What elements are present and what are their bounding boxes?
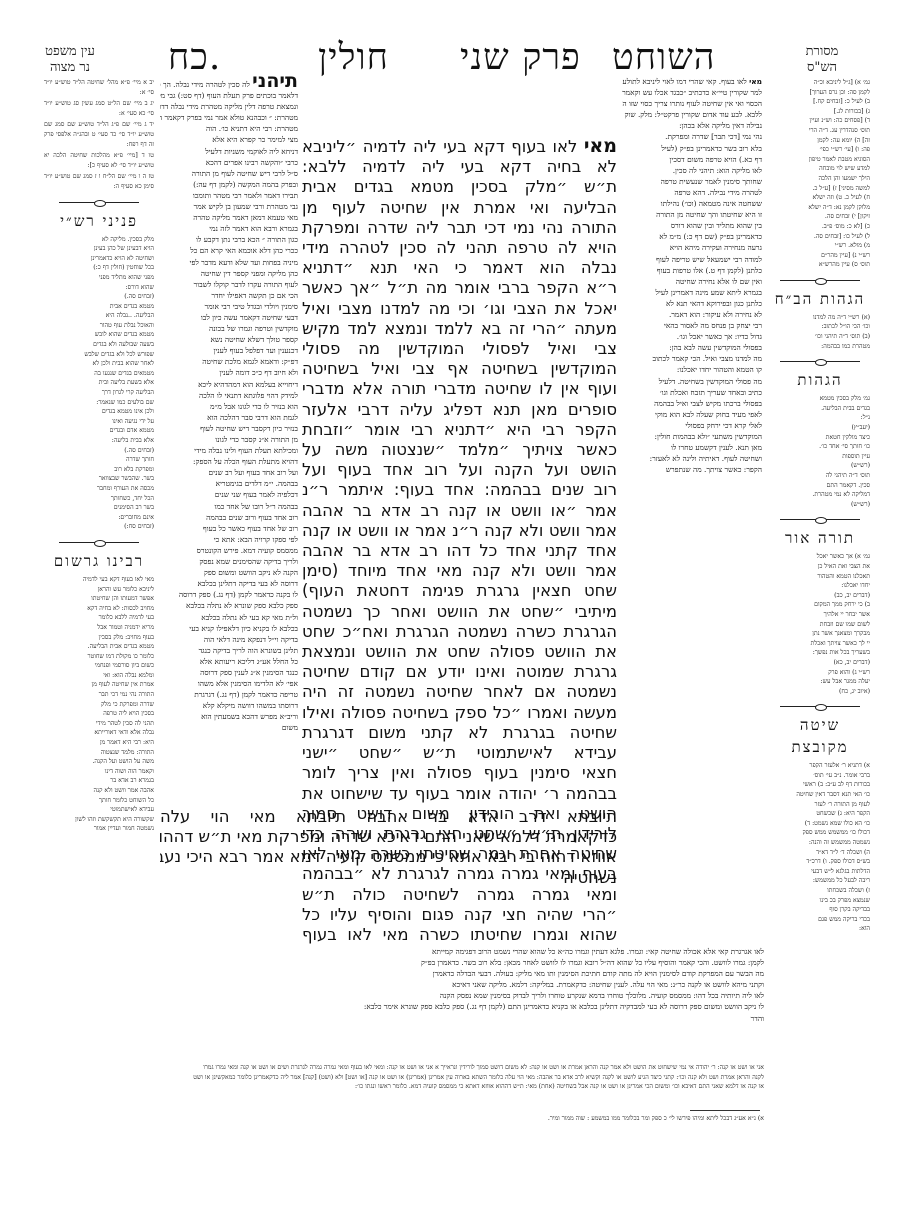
footnote: א) נ״א אע״ג דבכל ליתא ומיהו פירשו לי׳ כ … (300, 1114, 764, 1128)
hagahot-line: (רש״ש) (770, 461, 870, 471)
pninei-rashi-line: (זבחים סה.) (44, 292, 154, 302)
tosafot-line: ככרי כהן דלא אוכמא האי קרא הם כל (160, 245, 298, 256)
rabbeinu-gershom-line: בעוף מחויב: מלק בסכין (44, 633, 154, 643)
gemara-line: כאשר צויתיך ״מלמד ״שנצטוה משה על (302, 440, 617, 460)
gemara-line: ועוף אין לו שחיטה מדברי תורה אלא מדברי (302, 379, 617, 399)
shita-line: בכדי בריקה ממש פגם (770, 915, 870, 925)
ein-mishpat-entry: טז ה ו מיי׳ שם הל״ח ו ז סמג שם טוש״ע יו״… (44, 172, 154, 191)
tosafot-line: תלינן בשונרא הוה לריך בדיקה כנגד (160, 645, 298, 656)
hagahot-title: הגהות (770, 369, 870, 391)
rashi-line: למר שקורין טיי״א כדכתיב ״כבגד אכלו עש וק… (622, 87, 762, 98)
tosafot-line: מן התורה א״נ קסבר כדי לגונו (160, 434, 298, 445)
tosafot-line: מאי טעמא דמאן דאמר מליקה טהרה (160, 212, 298, 223)
masoret-line: ד) [פסחים כה: וש״נ ועיין (770, 116, 870, 126)
masoret-line: הסוגיא מטבת לאמר טיפון (770, 155, 870, 165)
pninei-rashi-line: בשעה שבולעה ולא בגדים (44, 340, 154, 350)
pninei-rashi-line: לאחר שהוא בבית ולכן לא (44, 359, 154, 369)
gemara-line: סופרים מאן תנא דפליג עליה דרבי אלעזר (302, 400, 617, 420)
tosafot-line: דכלפיה לאמר בעוף שני שנים (160, 489, 298, 500)
rashi-line: גדול כדיו: אך כאשר יאכל וגו׳. (622, 331, 762, 342)
rashi-line: בפסולי המוקדשין עשה לבא בהן: (622, 342, 762, 353)
masoret-line: הילך ישמעו והן הלכה (770, 174, 870, 184)
tosafot-line: וריב״א מפרש דהכא בשמעתין הוא (160, 711, 298, 722)
tractate-name: חולין (318, 36, 389, 78)
rabbeinu-gershom-line: מריא ידמניה וטמור אבל (44, 623, 154, 633)
ornament-divider-icon (780, 704, 860, 710)
shita-line: הוא: (770, 924, 870, 934)
shita-line: ז) ושכלה בשכחתו (770, 886, 870, 896)
pninei-rashi-line: שם בולעים כמו שנאמר: (44, 398, 154, 408)
rabbeinu-gershom-line: מחויב לכסות: לא בחיה דקא (44, 604, 154, 614)
shita-line: ברבי אומר. נ״ב עי׳ תוס׳ (770, 771, 870, 781)
rabbeinu-gershom-line: נבלה אלא ודאי דאורייתא (44, 728, 154, 738)
tosafot-line: בבהמה. י״מ דלדים בגימטריא (160, 478, 298, 489)
rabbeinu-gershom-line: ליניבא כלומר עש והראן (44, 585, 154, 595)
torah-or-line: רש״י ג) והוא פרק (770, 668, 870, 678)
rashi-commentary: מאי לאו בעוף. קאי שהרי דמו לאוי ליניבא ל… (622, 76, 762, 936)
hagahot-line: כיצד מולקין חטאת (770, 433, 870, 443)
rashi-line: הכסוי ואי אין שחיטה לעוף נותרו צריך כסוי… (622, 98, 762, 109)
rabbeinu-gershom-line: כלומר כו מקולת דמו שחוטר (44, 652, 154, 662)
lead-word: תיהני (252, 76, 298, 90)
masoret-line: למשה מסיני] ז) [ע״ל כ. (770, 184, 870, 194)
tosafot-line: לו בקנה כדאמר לקמן (דף נג.) ספק דרוסה (160, 589, 298, 600)
rashi-bottom-line: והדר (176, 1013, 764, 1024)
bottom-note-line: לקנה והראן אמרת ושט ולא קנה וכו׳: קתני כ… (44, 1073, 764, 1083)
tosafot-line: משום (160, 722, 298, 733)
pninei-rashi-line: בשר רב הסימנים (44, 503, 154, 513)
tosafot-line: ספק כלבא ספק שונרא לא נתלה בכלבא (160, 600, 298, 611)
rashi-line: מה פסולי המוקדשין בשחיטה. דלעיל (622, 376, 762, 387)
masoret-line: מ) מולא. רש״י (770, 241, 870, 251)
gemara-line: עבידא לאישתמוטי ת״ש ״שחט ״ישני (302, 743, 617, 763)
gemara-line: הקפר רבי היא ״דתניא רבי אומר ״וזבחת (302, 420, 617, 440)
masoret-line: למדע שיש לוי מובחה (770, 164, 870, 174)
tosafot-line: ול״ת מאי קא בעי לא נתלה בכלבא (160, 612, 298, 623)
tosafot-line: דפ״ק: ודאמא לגמא מלכת שחיטה (160, 356, 298, 367)
gemara-line: מאי לאו בעוף דקא בעי ליה לדמיה ״ליניבא (302, 136, 617, 157)
rabbeinu-gershom-line: אפשר דמעותו והן שחיטתו (44, 594, 154, 604)
rabbeinu-gershom-line: תהני לה סכין לטהר מידי (44, 719, 154, 729)
tosafot-line: כהן מליקה ומפני קספר דין שחיטה (160, 268, 298, 279)
torah-or-line: (איוב יג, כח) (770, 687, 870, 697)
rashi-line: לטהרה מידי נבילה. דהא טרפה (622, 187, 762, 198)
bottom-notes: אני או ושט או קנה: ר׳ יהודה אי נמי שישחו… (44, 1063, 764, 1103)
pninei-rashi-line: מטמא בגדים שהוא לובש (44, 330, 154, 340)
gemara-line: התורה נהי נמי דכי תבר ליה שדרה ומפרקת (302, 218, 617, 238)
masoret-line: גמ׳ א) [ג״ל ליניבא וכ״ה (770, 78, 870, 88)
gemara-line: ת״ש ״מלק בסכין מטמא בגדים אבית (302, 177, 617, 197)
tosafot-line: ממסמס קועיה דמא. פירש הקונטרס (160, 545, 298, 556)
masoret-line: תוס׳ סנהדרין עג. ד״ה הרי (770, 126, 870, 136)
gemara-line: הגרגרת כשרה נשמטה הגרגרת ואח״כ שחט (302, 622, 617, 642)
torah-or-line: יחדו יאכלנו: (770, 581, 870, 591)
hagahot-line: סכין. דקאמר התם (770, 481, 870, 491)
pninei-rashi-line: בשר. שהבשר שבצוואר (44, 474, 154, 484)
pninei-rashi-line: הבליעה. ..נבלה היא (44, 311, 154, 321)
hagahot-line: עיין תוספות (770, 452, 870, 462)
shita-line: ריבה לבעל כל ממשמש: (770, 876, 870, 886)
tosafot-line: קספר טולך דשלא שחיטה נשא (160, 334, 298, 345)
hagahot-notes: גמ׳ מלק בסכין מטמאבגדים בבית הבליעה.נ״ל:… (770, 394, 870, 509)
pninei-rashi-line: מטמאים בגדים שנגעו בה (44, 369, 154, 379)
rabbeinu-gershom-line: כל השוחט כלומר חותך (44, 796, 154, 806)
shita-line: שנמצא מפרק בכ בינו (770, 896, 870, 906)
shita-line: לעוף מן התורה ר׳ לעזר (770, 800, 870, 810)
gemara-line: צבי ואיל לפסולי המוקדשין מה פסולי (302, 339, 617, 359)
gemara-line: נבלה הוא דאמר כי האי תנא ״דתניא (302, 258, 617, 278)
gemara-line: נשמטה אם לאחר שחיטה נשמטה זה היה (302, 682, 617, 702)
masoret-line: ח) לעיל כ. ט) וזה ישלא (770, 193, 870, 203)
rabbeinu-gershom-line: עבידא לאישתמוטי (44, 805, 154, 815)
hagahot-line: נ״ל: (770, 413, 870, 423)
hagahot-line: (רש״ש) (770, 500, 870, 510)
rabbeinu-gershom-line: בסכין הויא ליה טרפה (44, 709, 154, 719)
tosafot-line: הוא בנזיר לו כדי לגונו אבל מ״מ (160, 401, 298, 412)
chapter-name: השוחט (612, 36, 715, 78)
footnote-rule (690, 1110, 760, 1111)
rashi-line: ששחטה אינה מטמאה (וכו׳) נהילתו (622, 198, 762, 209)
rashi-line: בגמרא ליתא שמע מינה דאמרינן לעיל (622, 287, 762, 298)
rashi-line: שחותך סימנין לאמר שנעשית טרפה (622, 176, 762, 187)
hagahot-habach-line: מטהרת כמו בבהמה: (770, 342, 870, 352)
tosafot-line: בבהמה ר״ל רובו של אחד כמו (160, 501, 298, 512)
pninei-rashi-line: ושחיטה לא הויא כדאמרינן (44, 254, 154, 264)
tosafot-line: הכי אם כן תקשה דאפילו יחדר (160, 290, 298, 301)
ein-mishpat-entry: יג ב מיי׳ שם הל״ט סמג עשין סג טוש״ע יו״ד… (44, 99, 154, 118)
bottom-note-line: אני או ושט או קנה: ר׳ יהודה אי נמי שישחו… (44, 1063, 764, 1073)
shita-mekubetzet-notes: א) דתניא ר׳ אלעזר הקפרברבי אומר. נ״ב עי׳… (770, 761, 870, 934)
masoret-line: זיקון] י) זבחים סה. (770, 212, 870, 222)
torah-or-line: גמ׳ א) אך כאשר יאכל (770, 552, 870, 562)
gemara-line: את הוושט פסולה שחט את הוושט ונמצאת (302, 642, 617, 662)
rashi-bottom-commentary: לאו אגרגרת קאי אלא אכולה שחיטה קאי: וגמר… (176, 946, 764, 1046)
tosafot-line: גבי מטהרת ורבי שמעון בן לקיש אמר (160, 201, 298, 212)
rashi-line: למודה רבי ישמעאל שיש טריפה לעוף (622, 254, 762, 265)
rashi-line: המוקדשין משתעי ״ולא בבהמות חולין: (622, 431, 762, 442)
pninei-rashi-line: חותך שדרה (44, 455, 154, 465)
rashi-line: מאי לאו בעוף. קאי שהרי דמו לאוי ליניבא ל… (622, 76, 762, 87)
rashi-line: מאן תנא. לענין דקשמע טחרו לו (622, 442, 762, 453)
pninei-rashi-line: שהוא דורס: (44, 283, 154, 293)
gemara-line: הבליעה ואי אמרת אין שחיטה לעוף מן (302, 198, 617, 218)
shita-line: הדלתות בגלגא ל״ש דבעי (770, 867, 870, 877)
tosafot-line: מטהרת: רבי היא דתניא כו׳. הוה (160, 123, 298, 134)
shita-line: הקפר היא: ג) שכשחט (770, 809, 870, 819)
hagahot-habach-notes: (א) רש״י ד״ה מה למדנווכו׳ הכי הו״ל לכתוב… (770, 313, 870, 351)
shita-line: דכולו כו׳ ממשמש ממש ספק (770, 828, 870, 838)
rashi-line: דף כא.) הויא טרפה משום דסכין (622, 154, 762, 165)
torah-or-line: (דברים יב, כב) (770, 591, 870, 601)
ornament-divider-icon (780, 278, 860, 284)
heading-line: עין משפט (40, 44, 100, 60)
gemara-line: ר״א הקפר ברבי אומר מה ת״ל ״אך כאשר (302, 278, 617, 298)
gemara-line: אמר וושט ולא קנה ר״נ אמר או וושט או קנה (302, 521, 617, 541)
lead-word: מאי (749, 77, 762, 86)
rashi-bottom-line: מה הבשר עם המפרקת קודם לסימנין הויא לה מ… (176, 968, 764, 979)
ornament-divider-icon (59, 540, 139, 546)
torah-or-line: יי לך כאשר צויתך ואכלת (770, 639, 870, 649)
rashi-bottom-line: וקתני מיהא לוושט או לקנה כר״נ: מאי הוי ע… (176, 979, 764, 990)
rashi-line: בין שהוא מתליד ובין שהוא דורס (622, 220, 762, 231)
tosafot-line: דרוסתו במשהו דוושה מיקלא קלא (160, 700, 298, 711)
tosafot-line: בגמרא ורבא הוא דאמר לזה נמי (160, 223, 298, 234)
tosafot-line: כרבי ״והקשה רבינו אפרים דהכא (160, 157, 298, 168)
tosafot-line: לפי ספקו קרויה הבא: אתא כי (160, 534, 298, 545)
shita-line: ה) ושכלה ד׳ ל״ד דא״ד (770, 848, 870, 858)
masoret-line: כ) [לא כ: מוס׳ פ״ב. (770, 222, 870, 232)
tosafot-line: הקנה לא ניקב הוושט ומשום ספק (160, 567, 298, 578)
gemara-line: רוב שנים בבהמה: אחד בעוף: איתמר ר״נ (302, 480, 617, 500)
gemara-wide-line: נשחטיה (160, 868, 617, 888)
gemara-line: אמר וושט ולא קנה מאי אחד מיוחד (סימן (302, 561, 617, 581)
rashi-line: בפסולי ברכתו מקיש לצבי ואיל בבהמה (622, 398, 762, 409)
pninei-rashi-line: מטמא אדם ובגדים (44, 426, 154, 436)
tosafot-line: רוב של אחד בעוף כאשר כל בעוף (160, 523, 298, 534)
tosafot-line: דניחא ליה לאוקמי משניות דלעיל (160, 146, 298, 157)
rabbeinu-gershom-line: אמרת אין שחיטה לעוף מן (44, 680, 154, 690)
torah-or-line: תאכלנו הטמא והטהור (770, 572, 870, 582)
rashi-line: ואין שם לו אלא נחירה שחיטה (622, 276, 762, 287)
pninei-rashi-notes: מלק בסכין. מליקה לאהויא דבעינן של כהן בע… (44, 235, 154, 532)
pninei-rashi-line: שפורש לכל ולא בגדים שלבש (44, 350, 154, 360)
masoret-hashas-notes: גמ׳ א) [ג״ל ליניבא וכ״הלקמן סה: וכן גרס … (770, 78, 870, 270)
masoret-hashas-heading: מסורת הש"ס (788, 44, 856, 76)
gemara-line: מיתיבי ״שחט את הוושט ואחר כך נשמטה (302, 602, 617, 622)
hagahot-habach-title: הגהות הב״ח (770, 288, 870, 310)
rashi-line: לאו מליקה הוא: תיהני לה סכין. (622, 165, 762, 176)
rabbeinu-gershom-line: מאי לאו בעוף דקא בעי לדמיה (44, 575, 154, 585)
gemara-line: המוקדשין בשחיטה אף צבי ואיל בשחיטה (302, 359, 617, 379)
tosafot-line: בכלבא לו בקניא כיון דלאפילו קניא בעי (160, 623, 298, 634)
torah-or-notes: גמ׳ א) אך כאשר יאכלאת הצבי ואת האיל כןתא… (770, 552, 870, 696)
hagahot-habach-line: (א) רש״י ד״ה מה למדנו (770, 313, 870, 323)
gemara-line: אחד קתני אחד כל דהו רב אדא בר אהבה (302, 541, 617, 561)
rabbeinu-gershom-line: וקאמר הוה ושוה דינו (44, 767, 154, 777)
rashi-line: הקפר: כאשר צויתך. מה שנתפרש (622, 464, 762, 475)
rabbeinu-gershom-line: בגמרא רב אדא בר (44, 776, 154, 786)
heading-line: נר מצוה (40, 60, 100, 76)
rashi-bottom-line: לאו ליה תיותיה בכל דהו: ממסמס קועיה. מלו… (176, 990, 764, 1001)
right-margin-column: גמ׳ א) [ג״ל ליניבא וכ״הלקמן סה: וכן גרס … (770, 78, 870, 1038)
shita-line: כו׳ האי תנא דסבר דאין שחיטה (770, 790, 870, 800)
hagahot-line: דמליקה לא נמי מטהרת. (770, 490, 870, 500)
torah-or-line: יעלה ממגר אבל עש: (770, 677, 870, 687)
gemara-line: גרגרת שמוטה ואינו יודע אם קודם שחיטה (302, 662, 617, 682)
heading-line: הש"ס (788, 60, 856, 76)
rabbeinu-gershom-title: רבינו גרשום (44, 550, 154, 572)
heading-line: מסורת (788, 44, 856, 60)
gemara-line: הושט ועל הקנה ועל רוב אחד בעוף ועל (302, 460, 617, 480)
tosafot-line: מיניה בפחות ועד שלא ודעא מדבר לפי (160, 257, 298, 268)
tosafot-line: תיהני לה סכין לטהרה מידי נבלה. הך פירכא … (160, 76, 298, 90)
shita-line: בש״ס דכולו ספק. ו) דרכ״ד (770, 857, 870, 867)
masoret-line: ג) [בכורות לג.] (770, 107, 870, 117)
tosafot-line: ולא חיוב דף כ״כ דומה לענין (160, 367, 298, 378)
rashi-line: מה למדנו מצבי ואיל. הכי קאמר לכתוב (622, 353, 762, 364)
pninei-rashi-line: אלא בבית בליעה: (44, 436, 154, 446)
masoret-line: רש״י נ) [עיין מהר״ם (770, 251, 870, 261)
tosafot-line: למידק דהוי פלוגתא דתנאי לו הלכה (160, 390, 298, 401)
rashi-bottom-line: לו ניקב הוושט ומשום ספק דרוסה לא בעי למב… (176, 1001, 764, 1012)
rabbeinu-gershom-line: התורה נהי נמי דכי תבר (44, 690, 154, 700)
rashi-line: קו הטמא והטהור יחדו יאכלנו: (622, 364, 762, 375)
rashi-line: לאפי מעיד בחוק שעלה לבא הוא מוקי (622, 409, 762, 420)
pninei-rashi-line: בכל שוחטין (חולין דף כ:) (44, 263, 154, 273)
gemara-wide-line: כדקאמרת דלמא שאני התם דאיכא שדרה ומפרקת … (160, 827, 617, 847)
gemara-line: בבהמה ר׳ יהודה אומר בעוף עד שישחוט את (302, 784, 617, 804)
tosafot-line: דכנענין ועד דפלפל בעוף לענין (160, 345, 298, 356)
tosafot-line: רוב אחד בעוף ורוב שנים בבהמה (160, 512, 298, 523)
shita-line: כו׳ הא כולו שמא נשמט: ד) (770, 819, 870, 829)
rashi-line: ושחיטה לעוף. דאיתיה ולינה לא לאעזר: (622, 453, 762, 464)
hagahot-line: כו׳ חותך סי׳ אחד כו׳. (770, 442, 870, 452)
gemara-line: שחט חצאין גרגרת פגימה דחטאת העוף) (302, 581, 617, 601)
masoret-line: ל) לעיל כו: [זבחים סה. (770, 232, 870, 242)
daf-number: כח. (168, 36, 221, 78)
left-margin-column: יב א מיי׳ פ״א מהל׳ שחיטה הל״ד טוש״ע יו״ד… (44, 78, 154, 1048)
shita-line: בכורות דף לב ע״ב: ב) ראשי (770, 780, 870, 790)
rashi-line: נבילה דאין מליקה אלא בכהן: (622, 120, 762, 131)
ein-mishpat-heading: עין משפט נר מצוה (40, 44, 100, 76)
torah-or-line: אשר יבחר יי אלהיך (770, 610, 870, 620)
tosafot-line: כל החלל אע״ג דליכא ריעותא אלא (160, 656, 298, 667)
rashi-line: נהי נמי [דכי תבר] שדרה ומפרקת. (622, 131, 762, 142)
lead-word: מאי (584, 136, 617, 157)
pninei-rashi-line: על ידי נגיעה ואינו (44, 417, 154, 427)
hagahot-line: גמ׳ מלק בסכין מטמא (770, 394, 870, 404)
ornament-divider-icon (780, 517, 860, 523)
rabbeinu-gershom-line: שקשורה היא תקשקשת וזהו לשון (44, 815, 154, 825)
ein-mishpat-entry: יב א מיי׳ פ״א מהל׳ שחיטה הל״ד טוש״ע יו״ד… (44, 78, 154, 97)
tosafot-line: לגמת הוא דרבי סבר דהלכה הוא (160, 412, 298, 423)
rabbeinu-gershom-line: בעי לדמיה ללבא כלומר (44, 613, 154, 623)
shita-mekubetzet-title: שיטה מקובצת (770, 714, 870, 758)
rashi-line: זו היא שחיטתו והך שחיטה מן התורה (622, 209, 762, 220)
ornament-divider-icon (59, 200, 139, 206)
pninei-rashi-line: (זבחים סה.) (44, 446, 154, 456)
rashi-line: כדאמרינן בפ״ק (שם דף כ:) מ״מ לא (622, 231, 762, 242)
masoret-line: ב) לעיל כ: [זבחים קח.] (770, 97, 870, 107)
rashi-line: בלא רוב בשר כדאמרינן בפ״ק (לעיל (622, 143, 762, 154)
gemara-line: ״הרי שהיה חצי קנה פגום והוסיף עליו כל (302, 905, 617, 925)
shita-line: נשמטה ממשמש זה והנה: (770, 838, 870, 848)
tosafot-line: ומכילתא תעלת העוף ולינו נבלה מידי (160, 445, 298, 456)
ornament-divider-icon (780, 359, 860, 365)
rashi-line: כלתנן כגון ובפירוקא דהאי תנא לא (622, 298, 762, 309)
pninei-rashi-line: אינם מחוברים: (44, 513, 154, 523)
perek-label: פרק שני (460, 36, 581, 78)
pninei-rashi-line: והאוכל נבלת עוף טהור (44, 321, 154, 331)
gemara-line: לא בחיה דקא בעי ליה לדמיה ללבא: (302, 157, 617, 177)
rashi-line: ללבא. לבע עוד אדום שקורין פרקט״ל: מלק. ש… (622, 109, 762, 120)
masoret-line: זה] ה) יומא עה: לקמן (770, 136, 870, 146)
gemara-line: מעשה ואמרו ״כל ספק בשחיטה פסולה ואילו (302, 703, 617, 723)
torah-or-line: ב) כי ירחק ממך המקום (770, 600, 870, 610)
bottom-note-line: או קנה או דלמא שאני התם דאיבא וכו׳ ומשום… (44, 1082, 764, 1092)
tosafot-line: תבירו דאמר ולאמר רבי מטהר ותומכו (160, 190, 298, 201)
hagahot-habach-line: וכו׳ הכי הו״ל לכתוב: (770, 322, 870, 332)
tosafot-line: לעוף התורה עקרו לדבר קוקלו לשבור (160, 279, 298, 290)
masoret-line: מלוקן לקמן נא: ד״ה ישלא (770, 203, 870, 213)
pninei-rashi-line: הויא דבעינן של כהן בעינן (44, 244, 154, 254)
gemara-line: אמר ״או וושט או קנה רב אדא בר אהבה (302, 501, 617, 521)
masoret-line: פה: ו) [עי׳ רש״י כפי׳ (770, 145, 870, 155)
hagahot-line: (יעב״ץ) (770, 423, 870, 433)
tosafot-line: כגון התורה ״ הכא ברבי נתן דקבע לו (160, 234, 298, 245)
shita-line: א) דתניא ר׳ אלעזר הקפר (770, 761, 870, 771)
rashi-line: כתיב ובאחד שעריך תזבח ואכלת וגו׳ (622, 387, 762, 398)
gemara-line: שהוא וגמרו שחיטתו כשרה מאי לאו בעוף (302, 925, 617, 944)
torah-or-line: (דברים יב, כא) (770, 658, 870, 668)
rabbeinu-gershom-line: מטמא בגדים אבית הבליעה. (44, 642, 154, 652)
tosafot-line: דרוסה לא בעי בדיקה דתלינן בכלבא (160, 578, 298, 589)
tosafot-line: דלאמר בוכתים פרק תעלת העוף (דף סט:) גבי … (160, 90, 298, 101)
rashi-line: כלתנן (לקמן דף ט.) אלו טרפות בעוף (622, 265, 762, 276)
gemara-wide-line: אווזא דהוה בי רבא אתא כי ממסמס קועיה דמא… (160, 847, 617, 867)
pninei-rashi-line: (זבחים סח:) (44, 522, 154, 532)
tosafot-commentary: תיהני לה סכין לטהרה מידי נבלה. הך פירכא … (160, 76, 298, 816)
pninei-rashi-line: הבליעה קרי לגרון דרך (44, 388, 154, 398)
torah-or-line: בשעריך בכל אות נפשך: (770, 648, 870, 658)
rabbeinu-gershom-notes: מאי לאו בעוף דקא בעי לדמיהליניבא כלומר ע… (44, 575, 154, 834)
rabbeinu-gershom-line: כשום ביון סורסמי ופנחמי (44, 661, 154, 671)
rashi-bottom-line: לאו אגרגרת קאי אלא אכולה שחיטה קאי: וגמר… (176, 946, 764, 957)
hagahot-line: תוס׳ ד״ה תיהני לה (770, 471, 870, 481)
pninei-rashi-line: מלק בסכין. מליקה לא (44, 235, 154, 245)
rashi-line: גרעה מנחירה ועקירה מיהא הויא (622, 242, 762, 253)
torah-or-line: את הצבי ואת האיל כן (770, 562, 870, 572)
pninei-rashi-line: ומפרקת בלא רוב (44, 465, 154, 475)
gemara-wide-text: תיובתא דרב אדא בר אהבה תיובתא מאי הוי על… (160, 807, 617, 903)
shita-line: בבדיקה בקרן סוף (770, 905, 870, 915)
hagahot-line: בגדים בבית הבליעה. (770, 404, 870, 414)
tosafot-line: ס״ל לרבי דיש שחיטה לעוף מן התורה (160, 168, 298, 179)
masoret-line: תוס׳ ס) עיין מהרש״א (770, 260, 870, 270)
ein-mishpat-entry: יד ג מיי׳ שם פ״ג הל״ד טוש״ע שם סמג שם טו… (44, 120, 154, 149)
hagahot-habach-line: (ב) תוס׳ ד״ה תיהני וכו׳ (770, 332, 870, 342)
tosafot-line: ולריך בדיקה שהסימנים שמא נפסק (160, 556, 298, 567)
tosafot-line: כנגד הסימנין א״נ לענין ספק דרוסה (160, 667, 298, 678)
rabbeinu-gershom-line: התורה: מלמד שנצטוה (44, 748, 154, 758)
rashi-line: רבי יצחק בן פנחס מה לאסור בהאי (622, 320, 762, 331)
gemara-line: חצאי סימנין בעוף פסולה ואין צריך לומר (302, 763, 617, 783)
rabbeinu-gershom-line: היא: רבי היא דאמר מן (44, 738, 154, 748)
rabbeinu-gershom-line: שדרה ומפרקת כי מלק (44, 700, 154, 710)
tosafot-line: אפי׳ לא הלדימו הסימנין אלא משהו (160, 678, 298, 689)
rashi-bottom-line: לקמן: גמרו לוושט. והכי קאמר והוסיף עליו … (176, 957, 764, 968)
pninei-rashi-title: פניני רש״י (44, 210, 154, 232)
pninei-rashi-line: מכסה את העורף ומחבר (44, 484, 154, 494)
gemara-line: מעתה ״הרי זה בא ללמד ונמצא למד מקיש (302, 319, 617, 339)
rashi-line: לאלי קרא דכי ירחק בפסולי (622, 420, 762, 431)
masoret-line: לקמן סה: וכן גרס הערוך] (770, 88, 870, 98)
pninei-rashi-line: מפני שהוא מתליד מפני (44, 273, 154, 283)
gemara-line: יאכל את הצבי וגו׳ וכי מה למדנו מצבי ואיל (302, 299, 617, 319)
tosafot-line: בדיקה וי״ל דנפקא מינה דלאי הוה (160, 634, 298, 645)
gemara-line: שחיטה בגרגרת לא קתני משום דגרגרת (302, 723, 617, 743)
pninei-rashi-line: אלא בשעת בליעה ובית (44, 378, 154, 388)
pninei-rashi-line: מטמא בגדים אבית (44, 302, 154, 312)
tosafot-line: דיחוייא בעלמא הוא דמהדהיא ליכא (160, 379, 298, 390)
rabbeinu-gershom-line: נשמטה חמור ועדיין אמור (44, 824, 154, 834)
tosafot-line: דהויא מתעלת העוף הכלה על הספק: (160, 456, 298, 467)
tosafot-line: מצי למימר כר קפרא היא אלא (160, 134, 298, 145)
pninei-rashi-line: ולכן אינו מטמא בגדים (44, 407, 154, 417)
ein-mishpat-entry: טו ד [מיי׳ פ״א מהלכות שחיטה הלכה יא טוש״… (44, 151, 154, 170)
rabbeinu-gershom-line: ומלמא נבלה הוא: ואי (44, 671, 154, 681)
gemara-line: הויא לה טרפה תהני לה סכין לטהרה מידי (302, 238, 617, 258)
